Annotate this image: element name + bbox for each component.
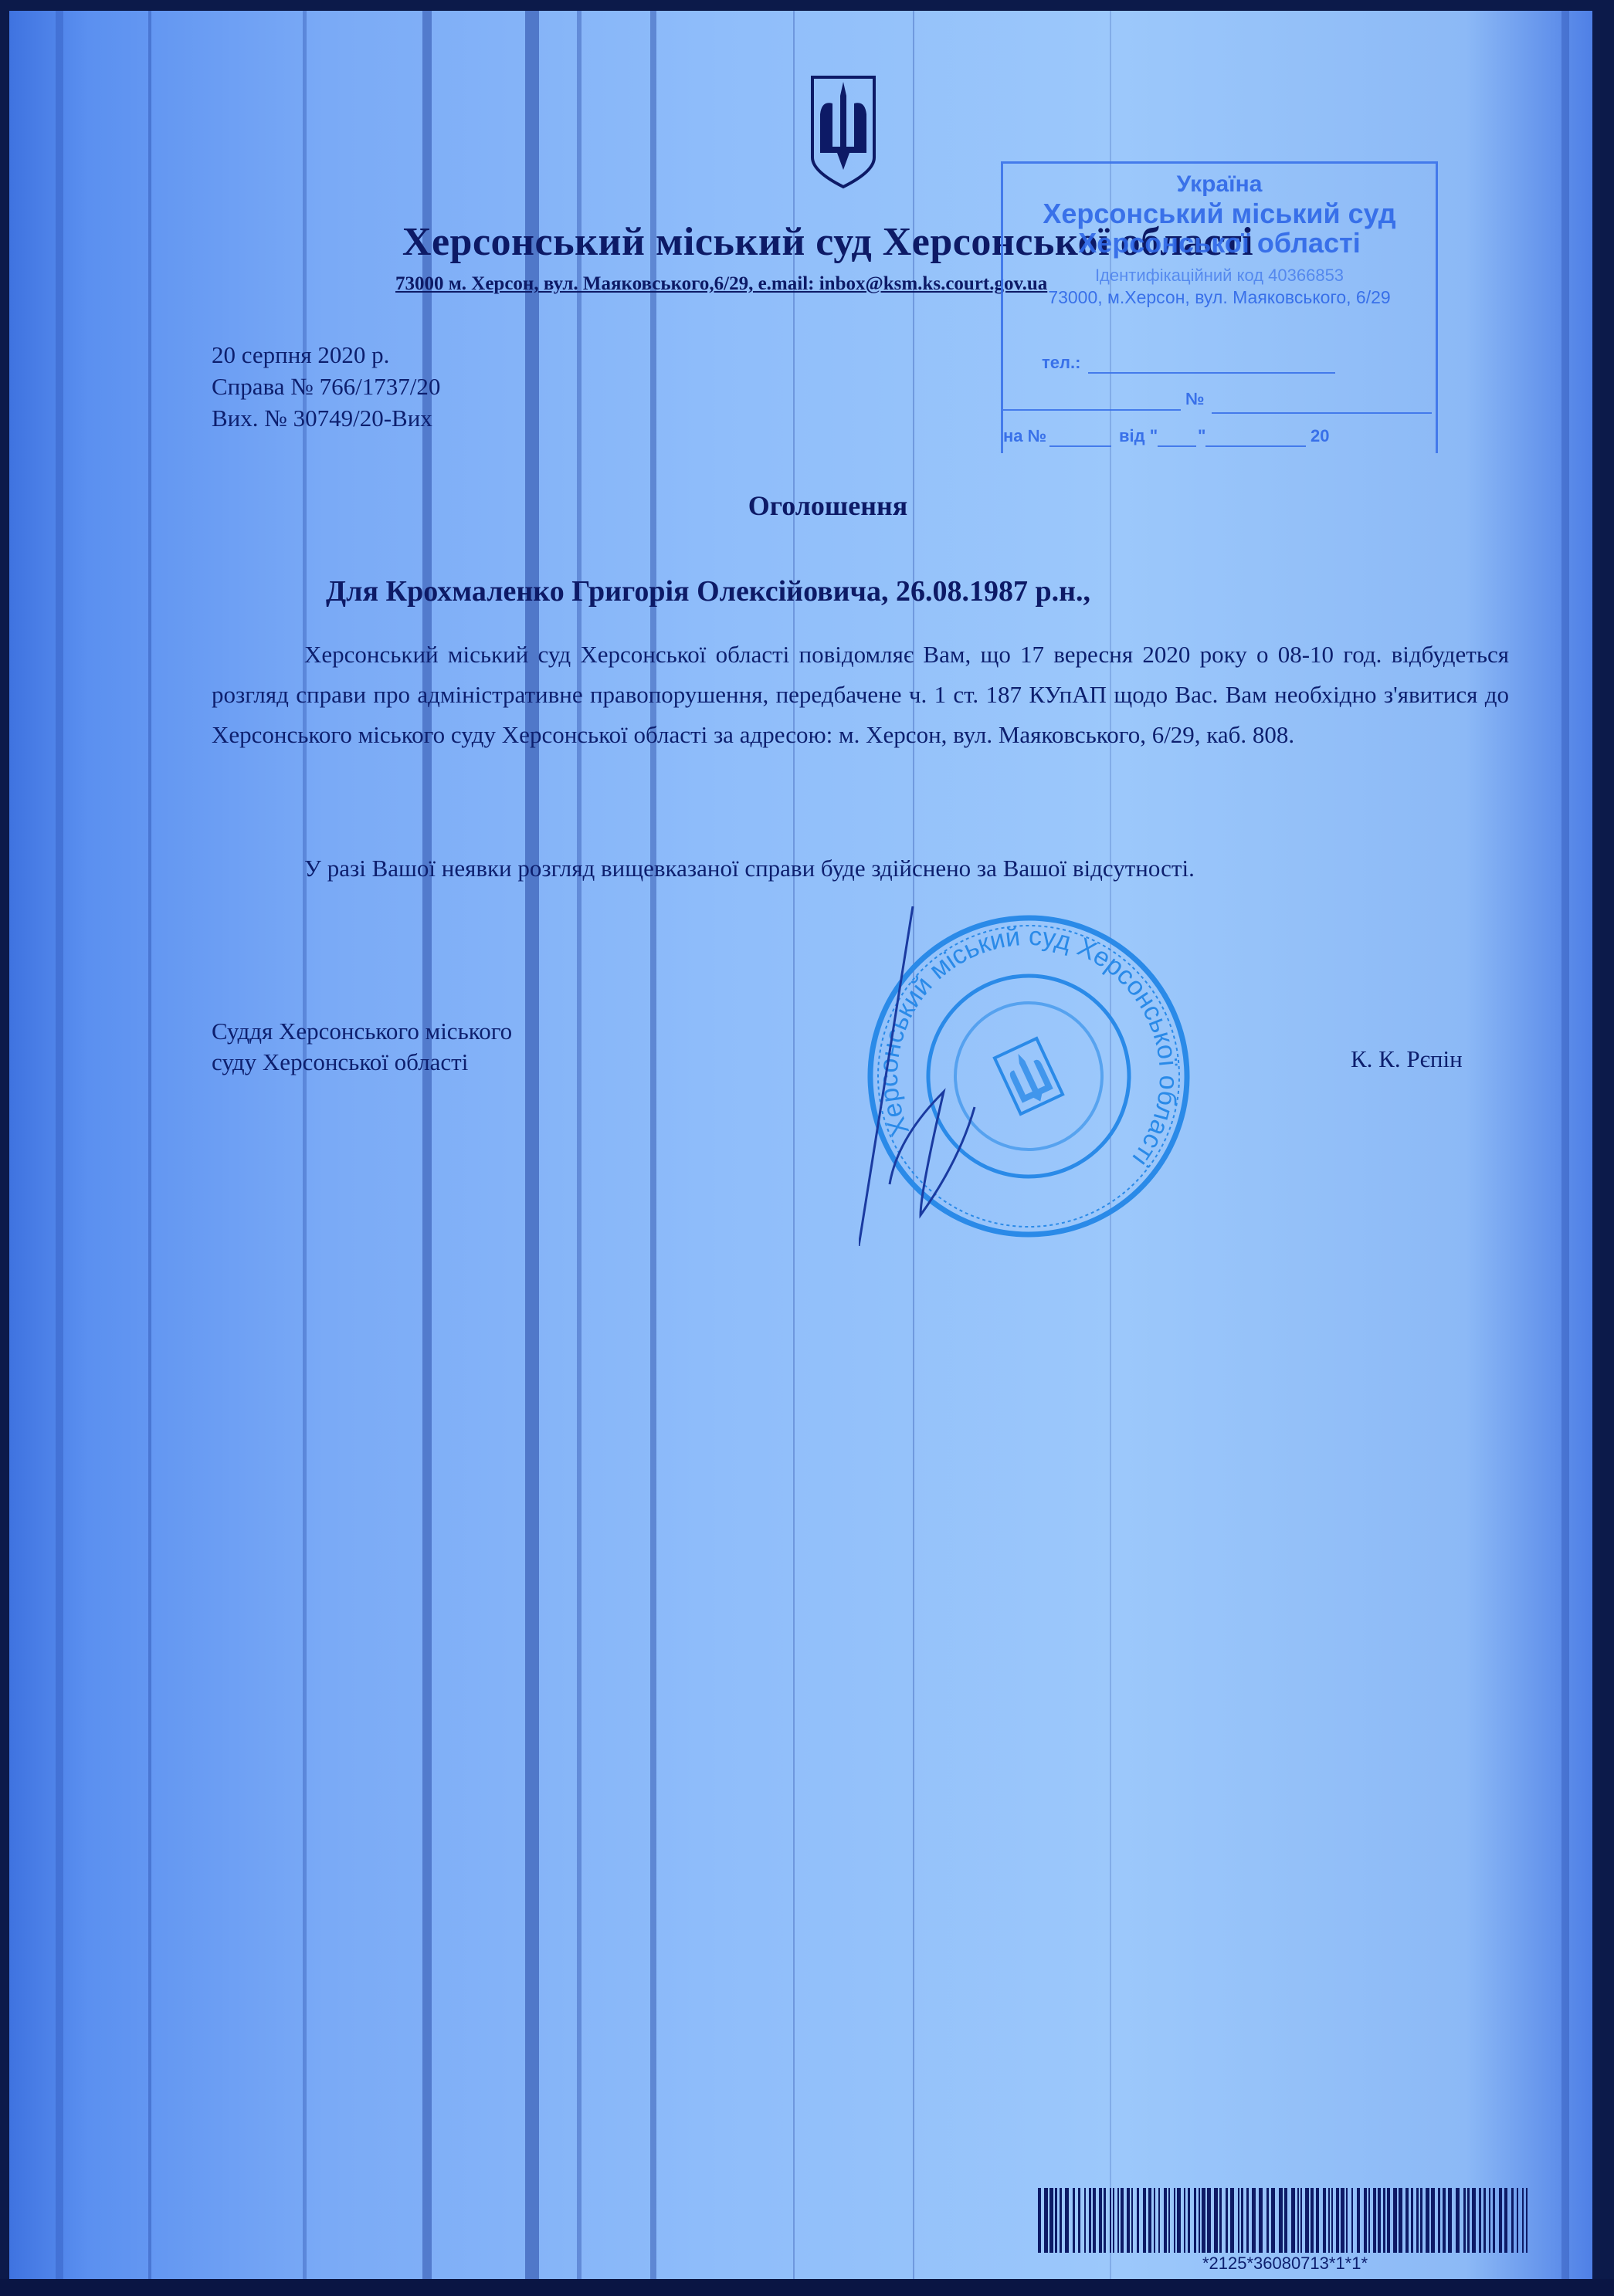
- outgoing-number: Вих. № 30749/20-Вих: [212, 402, 440, 434]
- stamp-rule: [1205, 445, 1306, 447]
- stamp-quote-close: ": [1198, 426, 1205, 446]
- trident-icon: [808, 73, 879, 190]
- scan-streak: [577, 11, 582, 2281]
- notice-paragraph-hearing: Херсонський міський суд Херсонської обла…: [212, 635, 1509, 755]
- stamp-address: 73000, м.Херсон, вул. Маяковського, 6/29: [1003, 287, 1436, 308]
- stamp-tel-label: тел.:: [1042, 353, 1080, 373]
- stamp-year-suffix: 20: [1311, 426, 1329, 446]
- notice-addressee: Для Крохмаленко Григорія Олексійовича, 2…: [326, 574, 1090, 608]
- document-page: Херсонський міський суд Херсонської обла…: [9, 11, 1592, 2281]
- court-seal-icon: Херсонський міський суд Херсонської обла…: [859, 906, 1199, 1246]
- stamp-rule: [1049, 445, 1111, 447]
- stamp-reply-label: на №: [1003, 426, 1046, 446]
- stamp-court-line2: Херсонської області: [1003, 230, 1436, 256]
- scan-streak: [650, 11, 656, 2281]
- document-date: 20 серпня 2020 р.: [212, 339, 440, 371]
- stamp-number-label: №: [1185, 389, 1205, 409]
- stamp-rule: [1212, 412, 1432, 414]
- notice-paragraph-absence: У разі Вашої неявки розгляд вищевказаної…: [212, 848, 1509, 889]
- signer-position: Суддя Херсонського міського суду Херсонс…: [212, 1016, 512, 1078]
- stamp-court-line1: Херсонський міський суд: [1003, 201, 1436, 227]
- signer-position-line2: суду Херсонської області: [212, 1047, 512, 1078]
- barcode: [1038, 2188, 1532, 2253]
- stamp-id-code: Ідентифікаційний код 40366853: [1003, 266, 1436, 286]
- case-number: Справа № 766/1737/20: [212, 371, 440, 402]
- stamp-rule: [1003, 409, 1181, 411]
- registration-stamp: Україна Херсонський міський суд Херсонсь…: [1001, 161, 1438, 453]
- stamp-rule: [1088, 372, 1335, 374]
- scan-streak: [793, 11, 795, 2281]
- scan-streak: [1561, 11, 1569, 2281]
- signer-position-line1: Суддя Херсонського міського: [212, 1016, 512, 1047]
- document-meta: 20 серпня 2020 р. Справа № 766/1737/20 В…: [212, 339, 440, 434]
- stamp-from-label: від ": [1119, 426, 1158, 446]
- scan-streak: [525, 11, 539, 2281]
- scan-edge: [0, 2279, 1614, 2296]
- scan-streak: [148, 11, 151, 2281]
- scan-streak: [56, 11, 63, 2281]
- judge-name: К. К. Рєпін: [1351, 1045, 1463, 1073]
- notice-heading: Оголошення: [9, 489, 1592, 522]
- court-address-line: 73000 м. Херсон, вул. Маяковського,6/29,…: [395, 273, 1047, 295]
- stamp-rule: [1158, 445, 1196, 447]
- barcode-text: *2125*36080713*1*1*: [1038, 2254, 1532, 2274]
- stamp-country: Україна: [1003, 171, 1436, 198]
